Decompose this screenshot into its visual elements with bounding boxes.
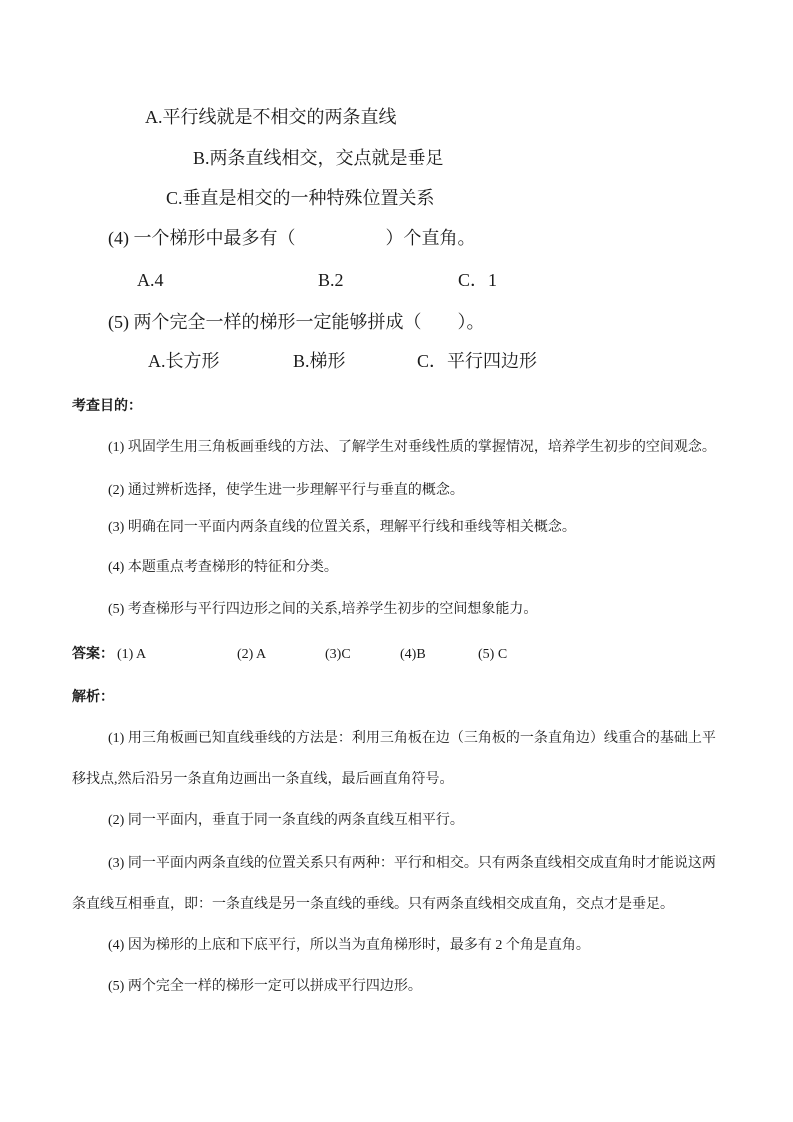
question-4-option-b: B.2	[318, 268, 344, 292]
question-4-stem: (4) 一个梯形中最多有（ ）个直角。	[108, 226, 476, 250]
answer-1: (1) A	[117, 645, 146, 665]
answer-4: (4)B	[400, 645, 426, 665]
purpose-item-4: (4) 本题重点考查梯形的特征和分类。	[108, 558, 338, 578]
analysis-item-1: (1) 用三角板画已知直线垂线的方法是：利用三角板在边（三角板的一条直角边）线重…	[72, 718, 727, 800]
purpose-item-2: (2) 通过辨析选择，使学生进一步理解平行与垂直的概念。	[108, 481, 464, 501]
purpose-item-5: (5) 考查梯形与平行四边形之间的关系,培养学生初步的空间想象能力。	[108, 600, 537, 620]
document-page: A.平行线就是不相交的两条直线 B.两条直线相交，交点就是垂足 C.垂直是相交的…	[0, 0, 793, 1122]
purpose-heading: 考查目的：	[72, 397, 142, 417]
analysis-heading: 解析：	[72, 688, 114, 708]
answers-heading: 答案：	[72, 645, 114, 665]
analysis-item-4: (4) 因为梯形的上底和下底平行，所以当为直角梯形时，最多有 2 个角是直角。	[72, 925, 727, 966]
question-4-option-c: C．1	[458, 268, 497, 292]
analysis-item-2: (2) 同一平面内，垂直于同一条直线的两条直线互相平行。	[72, 800, 727, 841]
answer-5: (5) C	[478, 645, 507, 665]
choice-c-line: C.垂直是相交的一种特殊位置关系	[166, 186, 435, 210]
question-5-stem: (5) 两个完全一样的梯形一定能够拼成（ ）。	[108, 310, 485, 334]
choice-b-line: B.两条直线相交，交点就是垂足	[193, 146, 444, 170]
purpose-item-1: (1) 巩固学生用三角板画垂线的方法、了解学生对垂线性质的掌握情况，培养学生初步…	[108, 438, 716, 458]
document-content: A.平行线就是不相交的两条直线 B.两条直线相交，交点就是垂足 C.垂直是相交的…	[72, 0, 723, 1122]
analysis-item-5: (5) 两个完全一样的梯形一定可以拼成平行四边形。	[72, 966, 727, 1007]
question-5-option-b: B.梯形	[293, 349, 346, 373]
purpose-item-3: (3) 明确在同一平面内两条直线的位置关系，理解平行线和垂线等相关概念。	[108, 518, 576, 538]
analysis-item-3: (3) 同一平面内两条直线的位置关系只有两种：平行和相交。只有两条直线相交成直角…	[72, 843, 727, 925]
question-4-option-a: A.4	[137, 268, 164, 292]
answer-3: (3)C	[325, 645, 351, 665]
question-5-option-c: C．平行四边形	[417, 349, 537, 373]
question-5-option-a: A.长方形	[148, 349, 220, 373]
answer-2: (2) A	[237, 645, 266, 665]
choice-a-line: A.平行线就是不相交的两条直线	[145, 105, 397, 129]
